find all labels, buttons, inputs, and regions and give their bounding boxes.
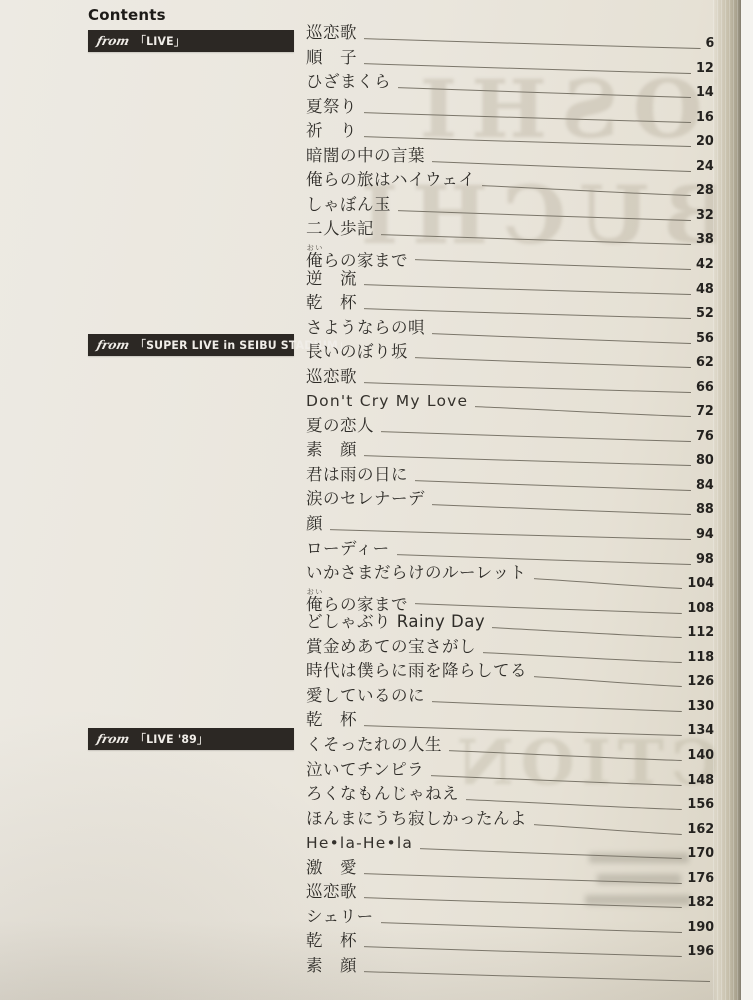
song-title: どしゃぶり Rainy Day [306,612,485,631]
toc-entry: 乾 杯 134 [306,710,714,735]
song-title: シェリー [306,907,374,926]
song-title: 乾 杯 [306,931,357,950]
song-title: 長いのぼり坂 [306,342,408,361]
leader-line [364,378,691,389]
toc-entry: 君は雨の日に 84 [306,465,714,490]
song-title: ローディー [306,539,390,558]
section-header-bar: from 「SUPER LIVE in SEIBU STADIUM」 [88,334,294,356]
song-title: 顔 [306,514,323,533]
song-title: 時代は僕らに雨を降らしてる [306,661,527,680]
leader-line [364,108,691,119]
leader-line [381,918,682,929]
leader-line [364,721,682,732]
section-label: 「LIVE」 [135,33,185,49]
song-title: Don't Cry My Love [306,391,468,411]
section-from-script: from [95,34,131,48]
leader-line [432,157,691,168]
song-title: 賞金めあての宝さがし [306,637,476,656]
leader-line [466,795,682,806]
toc-entry: 巡恋歌 6 [306,23,714,48]
toc-entry: 涙のセレナーデ 88 [306,489,714,514]
toc-entry: 長いのぼり坂 62 [306,342,714,367]
leader-line [475,402,691,413]
section-from-script: from [95,338,131,352]
leader-line [364,280,691,291]
toc-entry: くそったれの人生 140 [306,735,714,760]
toc-entry: ほんまにうち寂しかったんよ 162 [306,809,714,834]
song-title: 素 顔 [306,440,357,459]
leader-line [415,255,691,266]
song-title: 俺らの旅はハイウェイ [306,170,475,189]
toc-entry: シェリー 190 [306,907,714,932]
page-edge [713,0,741,1000]
leader-line [364,869,682,880]
toc-entry: 俺おいらの家まで 108 [306,588,714,613]
song-title: ろくなもんじゃねえ [306,784,459,803]
song-title: 泣いてチンピラ [306,760,424,779]
song-title: 俺おいらの家まで [306,588,408,614]
song-title: 夏の恋人 [306,416,374,435]
toc-entry: He•la-He•la 170 [306,833,714,858]
toc-entry: 祈 り 20 [306,121,714,146]
section-header-bar: from 「LIVE '89」 [88,728,294,750]
section-header-bar: from 「LIVE」 [88,30,294,52]
leader-line [432,500,691,511]
leader-line [449,746,682,757]
toc-entry: 順 子 12 [306,48,714,73]
song-title: 俺おいらの家まで [306,244,408,270]
book-contents-page: TSUYOSHI NAGABUCHI COLLECTION Contents f… [0,0,753,1000]
song-title: くそったれの人生 [306,735,442,754]
song-title: 乾 杯 [306,293,357,312]
leader-line [381,230,691,241]
toc-entry: 巡恋歌 66 [306,367,714,392]
toc-entry: 素 顔 [306,956,714,981]
song-title: 素 顔 [306,956,357,975]
song-title: 二人歩記 [306,219,374,238]
section-from-script: from [95,732,131,746]
toc-entry: ひざまくら 14 [306,72,714,97]
toc-entry: 二人歩記 38 [306,219,714,244]
leader-line [398,206,691,217]
toc-entry: 賞金めあての宝さがし 118 [306,637,714,662]
leader-line [364,942,682,953]
toc-entry: 乾 杯 196 [306,931,714,956]
toc-entry: どしゃぶり Rainy Day 112 [306,612,714,637]
song-title: 巡恋歌 [306,23,357,42]
song-title: ほんまにうち寂しかったんよ [306,809,527,828]
song-title: 巡恋歌 [306,367,357,386]
song-title: He•la-He•la [306,833,413,853]
song-title: ひざまくら [306,72,391,91]
leader-line [364,893,682,904]
leader-line [364,967,710,978]
toc-entry: 顔 94 [306,514,714,539]
song-title: 乾 杯 [306,710,357,729]
section-label: 「LIVE '89」 [135,731,208,747]
page-title: Contents [88,6,166,24]
song-title: 順 子 [306,48,357,67]
leader-line [534,574,682,585]
song-title: 祈 り [306,121,357,140]
leader-line [420,844,682,855]
leader-line [364,132,691,143]
toc-entry: ローディー 98 [306,539,714,564]
song-title: 愛しているのに [306,686,425,705]
toc-entry: 泣いてチンピラ 148 [306,760,714,785]
song-title: いかさまだらけのルーレット [306,563,527,582]
leader-line [431,771,682,782]
background-margin [741,0,753,1000]
leader-line [534,820,682,831]
song-title: 暗闇の中の言葉 [306,146,425,165]
song-title: しゃぼん玉 [306,195,391,214]
leader-line [364,304,691,315]
leader-line [482,181,691,192]
toc-entry: 愛しているのに 130 [306,686,714,711]
toc-entry: 時代は僕らに雨を降らしてる 126 [306,661,714,686]
leader-line [415,599,682,610]
toc-entry: 激 愛 176 [306,858,714,883]
song-title: 涙のセレナーデ [306,489,425,508]
leader-line [534,672,682,683]
leader-line [432,697,682,708]
leader-line [483,648,682,659]
toc-entry: 暗闇の中の言葉 24 [306,146,714,171]
toc-entry: 乾 杯 52 [306,293,714,318]
toc-entry: Don't Cry My Love 72 [306,391,714,416]
toc-entry: しゃぼん玉 32 [306,195,714,220]
toc-entry: 夏の恋人 76 [306,416,714,441]
toc-entry: ろくなもんじゃねえ 156 [306,784,714,809]
leader-line [364,59,691,70]
song-title: さようならの唄 [306,318,425,337]
toc-entry: さようならの唄 56 [306,318,714,343]
toc-entry: 逆 流 48 [306,269,714,294]
leader-line [381,427,691,438]
leader-line [364,34,701,45]
toc-entry: 俺おいらの家まで 42 [306,244,714,269]
song-title: 逆 流 [306,269,357,288]
leader-line [398,83,691,94]
leader-line [432,329,691,340]
song-title: 激 愛 [306,858,357,877]
leader-line [364,451,691,462]
song-title: 巡恋歌 [306,882,357,901]
leader-line [415,476,691,487]
leader-line [492,623,682,634]
leader-line [415,353,691,364]
toc-entry: 素 顔 80 [306,440,714,465]
toc-entry: 夏祭り 16 [306,97,714,122]
song-title: 君は雨の日に [306,465,408,484]
song-title: 夏祭り [306,97,357,116]
leader-line [330,525,691,536]
leader-line [397,550,692,561]
toc-entry: 巡恋歌 182 [306,882,714,907]
toc-entry: いかさまだらけのルーレット 104 [306,563,714,588]
toc-entry: 俺らの旅はハイウェイ 28 [306,170,714,195]
